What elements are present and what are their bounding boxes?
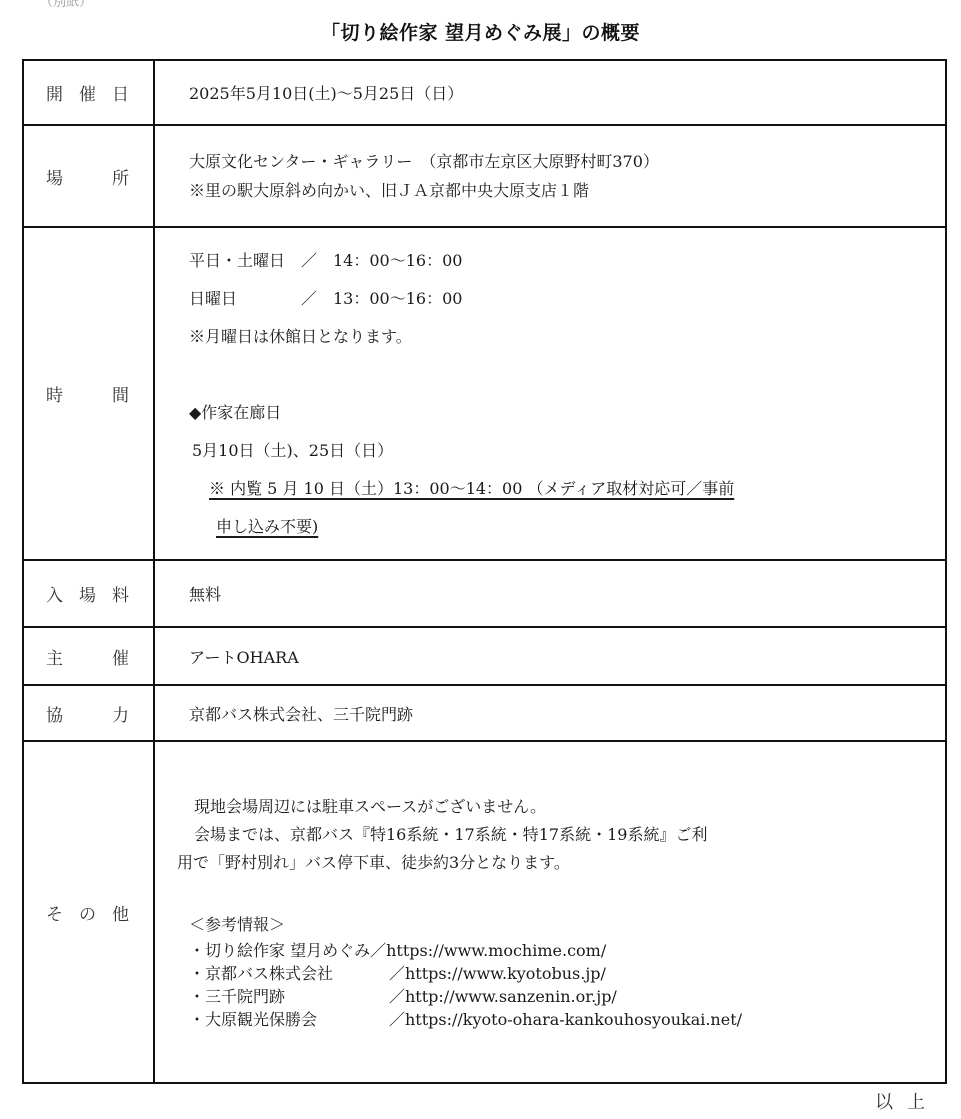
artist-presence-heading: ◆作家在廊日 [189,394,931,432]
reference-name: ・三千院門跡 [189,985,389,1008]
reference-name: ・京都バス株式会社 [189,962,389,985]
cut-off-header-text: （別紙） [40,0,92,10]
reference-item: ・三千院門跡 ／http://www.sanzenin.or.jp/ [177,985,931,1008]
value-fee: 無料 [154,560,946,627]
artist-presence-days: 5月10日（土)、25日（日） [189,432,931,470]
closing-mark: 以上 [875,1088,939,1114]
label-char: 開 [46,80,63,105]
label-host: 主 催 [23,627,154,685]
label-place: 場 所 [23,125,154,227]
table-row-date: 開 催 日 2025年5月10日(土)～5月25日（日） [23,60,946,125]
label-time: 時 間 [23,227,154,560]
table-row-fee: 入 場 料 無料 [23,560,946,627]
label-char: 他 [112,900,129,925]
label-fee: 入 場 料 [23,560,154,627]
label-char: 場 [79,581,96,606]
label-cooperation: 協 力 [23,685,154,741]
reference-link[interactable]: ／http://www.sanzenin.or.jp/ [389,985,617,1008]
table-row-other: そ の 他 現地会場周辺には駐車スペースがございません。 会場までは、京都バス『… [23,741,946,1083]
label-char: 催 [79,80,96,105]
spacer [189,356,931,394]
label-char: 時 [46,381,63,406]
reference-link[interactable]: ／https://www.kyotobus.jp/ [389,962,606,985]
reference-item: ・京都バス株式会社 ／https://www.kyotobus.jp/ [177,962,931,985]
access-note-line1: 会場までは、京都バス『特16系統・17系統・特17系統・19系統』ご利 [177,821,931,849]
value-time: 平日・土曜日 ／ 14：00～16：00 日曜日 ／ 13：00～16：00 ※… [154,227,946,560]
reference-link[interactable]: ／https://www.mochime.com/ [370,939,606,962]
overview-table: 開 催 日 2025年5月10日(土)～5月25日（日） 場 所 大原文化センタ… [22,59,947,1084]
label-char: の [79,900,96,925]
reference-item: ・大原観光保勝会 ／https://kyoto-ohara-kankouhosy… [177,1008,931,1031]
label-char: 催 [112,644,129,669]
value-host: アートOHARA [154,627,946,685]
label-char: 入 [46,581,63,606]
value-place: 大原文化センター・ギャラリー （京都市左京区大原野村町370） ※里の駅大原斜め… [154,125,946,227]
table-row-place: 場 所 大原文化センター・ギャラリー （京都市左京区大原野村町370） ※里の駅… [23,125,946,227]
label-char: 料 [112,581,129,606]
access-note-line2: 用で「野村別れ」バス停下車、徒歩約3分となります。 [177,849,931,877]
label-char: 間 [112,381,129,406]
label-char: そ [46,900,63,925]
reference-item: ・切り絵作家 望月めぐみ ／https://www.mochime.com/ [177,939,931,962]
host-value: アートOHARA [189,645,931,668]
label-char: 主 [46,644,63,669]
weekday-hours: 平日・土曜日 ／ 14：00～16：00 [189,242,931,280]
cooperation-value: 京都バス株式会社、三千院門跡 [189,702,931,725]
label-char: 協 [46,701,63,726]
table-row-host: 主 催 アートOHARA [23,627,946,685]
closed-day-note: ※月曜日は休館日となります。 [189,318,931,356]
reference-name: ・大原観光保勝会 [189,1008,389,1031]
label-char: 力 [112,701,129,726]
table-row-cooperation: 協 力 京都バス株式会社、三千院門跡 [23,685,946,741]
label-char: 日 [112,80,129,105]
reference-heading: ＜参考情報＞ [177,911,931,939]
sunday-hours: 日曜日 ／ 13：00～16：00 [189,280,931,318]
fee-value: 無料 [189,582,931,605]
preview-note-line1: ※ 内覧 5 月 10 日（土）13：00～14：00 （メディア取材対応可／事… [189,479,734,498]
reference-name: ・切り絵作家 望月めぐみ [189,939,370,962]
value-date: 2025年5月10日(土)～5月25日（日） [154,60,946,125]
venue-name: 大原文化センター・ギャラリー （京都市左京区大原野村町370） [189,147,931,176]
label-char: 所 [112,164,129,189]
value-other: 現地会場周辺には駐車スペースがございません。 会場までは、京都バス『特16系統・… [154,741,946,1083]
preview-note-line2: 申し込み不要) [189,517,318,536]
parking-note: 現地会場周辺には駐車スペースがございません。 [177,793,931,821]
document-title: 「切り絵作家 望月めぐみ展」の概要 [0,18,961,45]
label-other: そ の 他 [23,741,154,1083]
value-cooperation: 京都バス株式会社、三千院門跡 [154,685,946,741]
spacer [177,877,931,905]
label-char: 場 [46,164,63,189]
venue-note: ※里の駅大原斜め向かい、旧ＪＡ京都中央大原支店１階 [189,176,931,205]
label-date: 開 催 日 [23,60,154,125]
table-row-time: 時 間 平日・土曜日 ／ 14：00～16：00 日曜日 ／ 13：00～16：… [23,227,946,560]
reference-link[interactable]: ／https://kyoto-ohara-kankouhosyoukai.net… [389,1008,742,1031]
date-range: 2025年5月10日(土)～5月25日（日） [189,81,931,104]
